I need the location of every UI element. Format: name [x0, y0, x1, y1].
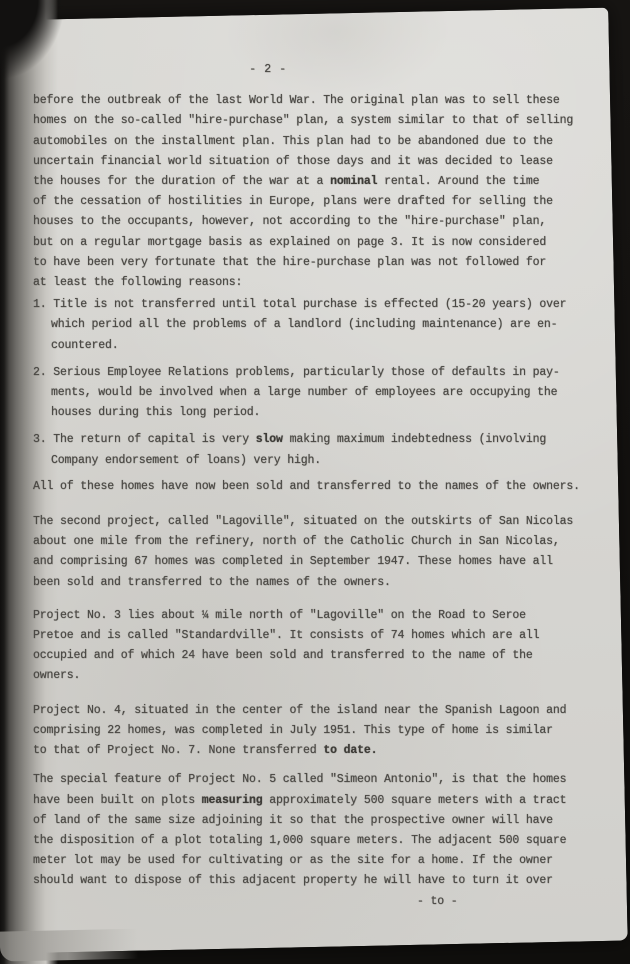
list-item-reason-2: 2. Serious Employee Relations problems, … [33, 363, 593, 424]
paragraph-project-4: Project No. 4, situated in the center of… [33, 701, 593, 762]
list-item-reason-3: 3. The return of capital is very slow ma… [33, 430, 593, 470]
paragraph-lagoville: The second project, called "Lagoville", … [33, 512, 593, 593]
page-content: - 2 - before the outbreak of the last Wo… [33, 60, 593, 912]
paragraph-all-homes-sold: All of these homes have now been sold an… [33, 477, 593, 497]
continuation-mark: - to - [417, 892, 593, 912]
paragraph-simeon-antonio: The special feature of Project No. 5 cal… [33, 770, 593, 891]
paragraph-hire-purchase-history: before the outbreak of the last World Wa… [33, 91, 593, 293]
bottom-left-page-curl [0, 928, 150, 961]
paragraph-standardville: Project No. 3 lies about ¼ mile north of… [33, 606, 593, 687]
scan-background: - 2 - before the outbreak of the last Wo… [0, 0, 630, 964]
list-item-reason-1: 1. Title is not transferred until total … [33, 295, 593, 356]
page-number: - 2 - [33, 60, 503, 80]
